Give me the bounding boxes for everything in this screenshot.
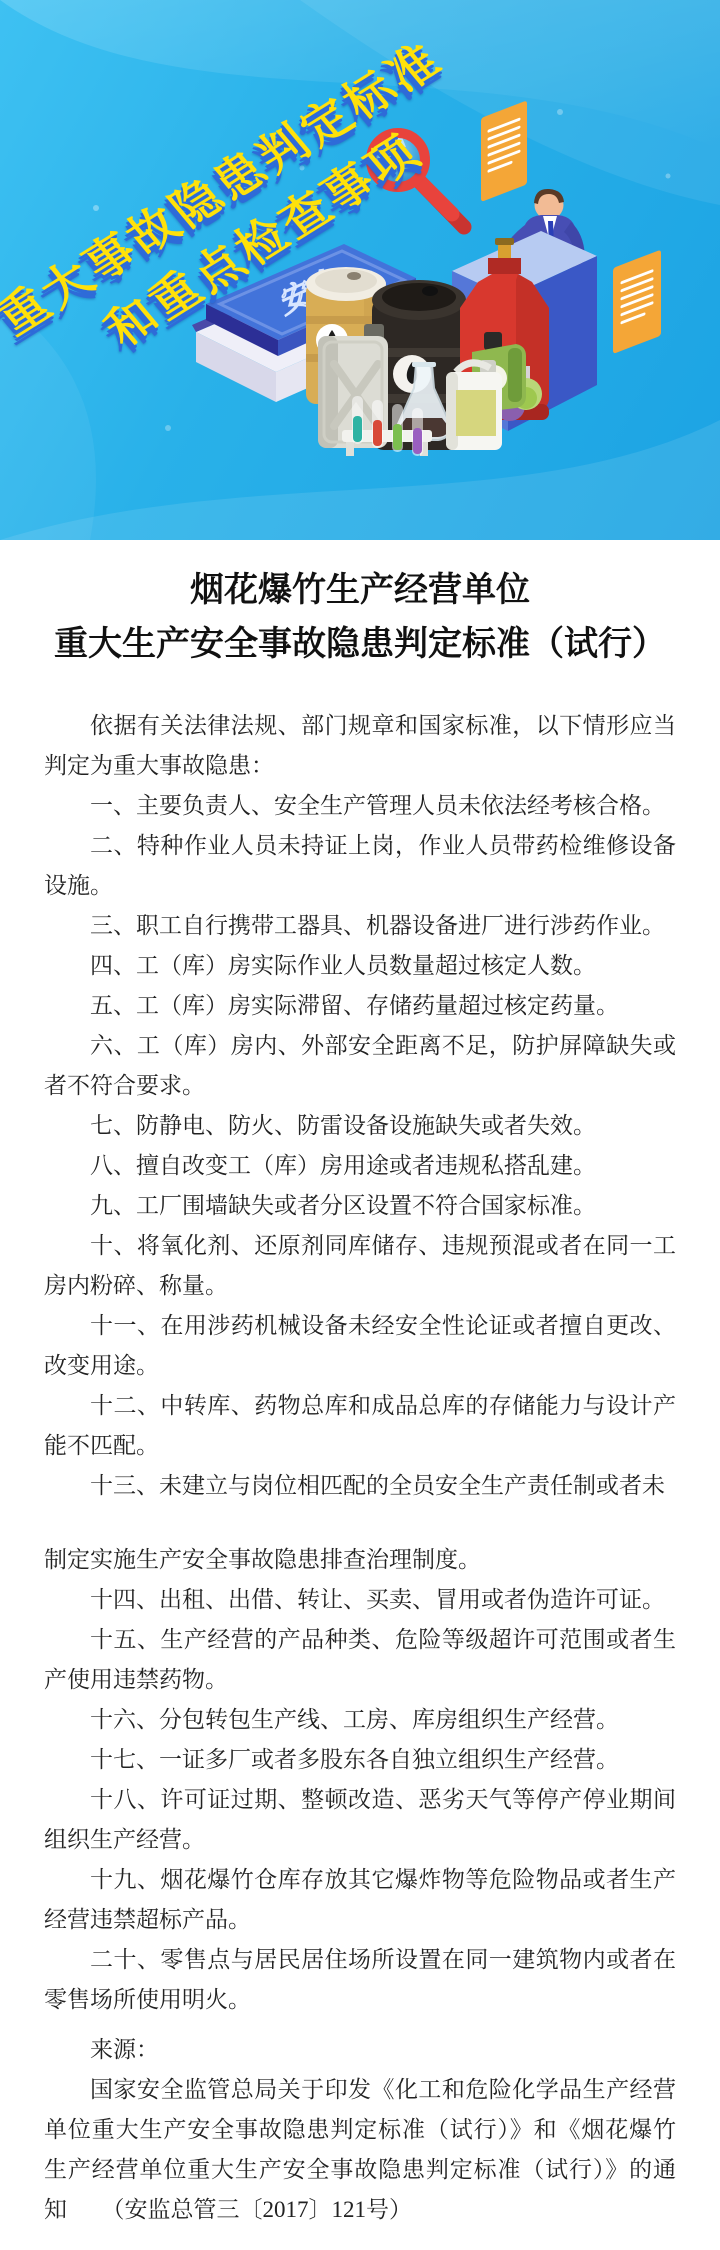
magnifier-icon: [371, 133, 464, 227]
paragraph-item-10: 十、将氧化剂、还原剂同库储存、违规预混或者在同一工房内粉碎、称量。: [44, 1226, 676, 1306]
chemical-canister: [446, 360, 502, 450]
paragraph-item-15: 十五、生产经营的产品种类、危险等级超许可范围或者生产使用违禁药物。: [44, 1620, 676, 1700]
paragraph-item-20: 二十、零售点与居民居住场所设置在同一建筑物内或者在零售场所使用明火。: [44, 1940, 676, 2020]
paragraph-item-12: 十二、中转库、药物总库和成品总库的存储能力与设计产能不匹配。: [44, 1386, 676, 1466]
paragraph-item-19: 十九、烟花爆竹仓库存放其它爆炸物等危险物品或者生产经营违禁超标产品。: [44, 1860, 676, 1940]
document-title-line2: 重大生产安全事故隐患判定标准（试行）: [44, 618, 676, 672]
paragraph-item-9: 九、工厂围墙缺失或者分区设置不符合国家标准。: [44, 1186, 676, 1226]
paragraph-item-1: 一、主要负责人、安全生产管理人员未依法经考核合格。: [44, 786, 676, 826]
paragraph-item-2: 二、特种作业人员未持证上岗，作业人员带药检维修设备设施。: [44, 826, 676, 906]
paragraph-item-6: 六、工（库）房内、外部安全距离不足，防护屏障缺失或者不符合要求。: [44, 1026, 676, 1106]
paragraph-source-reference: 国家安全监管总局关于印发《化工和危险化学品生产经营单位重大生产安全事故隐患判定标…: [44, 2070, 676, 2230]
paragraph-item-4: 四、工（库）房实际作业人员数量超过核定人数。: [44, 946, 676, 986]
paragraph-item-13: 十三、未建立与岗位相匹配的全员安全生产责任制或者未: [44, 1466, 676, 1506]
paragraph-item-13-continued: 制定实施生产安全事故隐患排查治理制度。: [44, 1540, 676, 1580]
paragraph-item-14: 十四、出租、出借、转让、买卖、冒用或者伪造许可证。: [44, 1580, 676, 1620]
paragraph-item-5: 五、工（库）房实际滞留、存储药量超过核定药量。: [44, 986, 676, 1026]
paragraph-item-18: 十八、许可证过期、整顿改造、恶劣天气等停产停业期间组织生产经营。: [44, 1780, 676, 1860]
paragraph-item-3: 三、职工自行携带工器具、机器设备进厂进行涉药作业。: [44, 906, 676, 946]
paragraph-intro: 依据有关法律法规、部门规章和国家标准，以下情形应当判定为重大事故隐患：: [44, 706, 676, 786]
paragraph-source-label: 来源：: [44, 2030, 676, 2070]
poster-page: 安全: [0, 0, 720, 2250]
paragraph-item-17: 十七、一证多厂或者多股东各自独立组织生产经营。: [44, 1740, 676, 1780]
document-title-line1: 烟花爆竹生产经营单位: [44, 564, 676, 618]
paragraph-item-11: 十一、在用涉药机械设备未经安全性论证或者擅自更改、改变用途。: [44, 1306, 676, 1386]
paragraph-item-7: 七、防静电、防火、防雷设备设施缺失或者失效。: [44, 1106, 676, 1146]
document-body: 依据有关法律法规、部门规章和国家标准，以下情形应当判定为重大事故隐患： 一、主要…: [44, 706, 676, 2230]
document: 烟花爆竹生产经营单位 重大生产安全事故隐患判定标准（试行） 依据有关法律法规、部…: [0, 540, 720, 2250]
paragraph-item-16: 十六、分包转包生产线、工房、库房组织生产经营。: [44, 1700, 676, 1740]
document-title: 烟花爆竹生产经营单位 重大生产安全事故隐患判定标准（试行）: [44, 564, 676, 672]
document-card-icon: [481, 100, 527, 202]
paragraph-item-8: 八、擅自改变工（库）房用途或者违规私搭乱建。: [44, 1146, 676, 1186]
banner: 安全: [0, 0, 720, 540]
document-card-icon: [613, 250, 661, 354]
banner-illustration: 安全: [0, 0, 720, 540]
